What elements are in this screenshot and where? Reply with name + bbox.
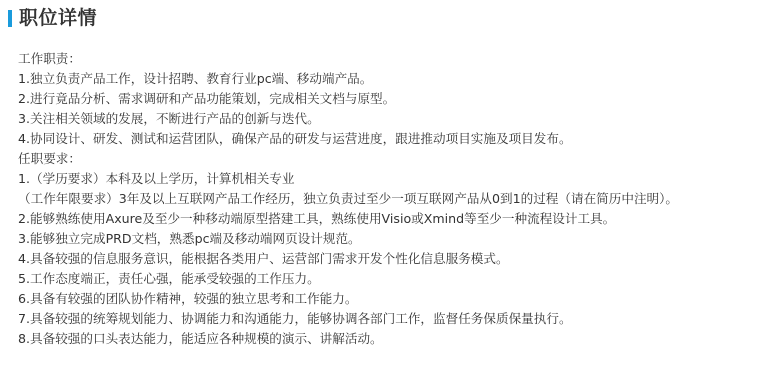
requirement-item: 6.具备有较强的团队协作精神，较强的独立思考和工作能力。 — [18, 289, 764, 309]
requirement-item: 4.具备较强的信息服务意识，能根据各类用户、运营部门需求开发个性化信息服务模式。 — [18, 249, 764, 269]
page-title: 职位详情 — [19, 6, 97, 30]
requirement-item: 5.工作态度端正，责任心强，能承受较强的工作压力。 — [18, 269, 764, 289]
requirement-item: （工作年限要求）3年及以上互联网产品工作经历，独立负责过至少一项互联网产品从0到… — [18, 189, 764, 209]
requirement-item: 2.能够熟练使用Axure及至少一种移动端原型搭建工具，熟练使用Visio或Xm… — [18, 209, 764, 229]
responsibility-item: 1.独立负责产品工作，设计招聘、教育行业pc端、移动端产品。 — [18, 69, 764, 89]
requirement-item: 7.具备较强的统筹规划能力、协调能力和沟通能力，能够协调各部门工作，监督任务保质… — [18, 309, 764, 329]
responsibility-item: 3.关注相关领域的发展，不断进行产品的创新与迭代。 — [18, 109, 764, 129]
job-description: 工作职责： 1.独立负责产品工作，设计招聘、教育行业pc端、移动端产品。 2.进… — [18, 49, 764, 349]
requirement-item: 3.能够独立完成PRD文档，熟悉pc端及移动端网页设计规范。 — [18, 229, 764, 249]
responsibility-item: 2.进行竟品分析、需求调研和产品功能策划，完成相关文档与原型。 — [18, 89, 764, 109]
section-header: 职位详情 — [8, 6, 97, 30]
requirements-heading: 任职要求： — [18, 149, 764, 169]
requirement-item: 1.（学历要求）本科及以上学历，计算机相关专业 — [18, 169, 764, 189]
responsibilities-heading: 工作职责： — [18, 49, 764, 69]
responsibility-item: 4.协同设计、研发、测试和运营团队，确保产品的研发与运营进度，跟进推动项目实施及… — [18, 129, 764, 149]
requirement-item: 8.具备较强的口头表达能力，能适应各种规模的演示、讲解活动。 — [18, 329, 764, 349]
accent-bar — [8, 10, 12, 27]
